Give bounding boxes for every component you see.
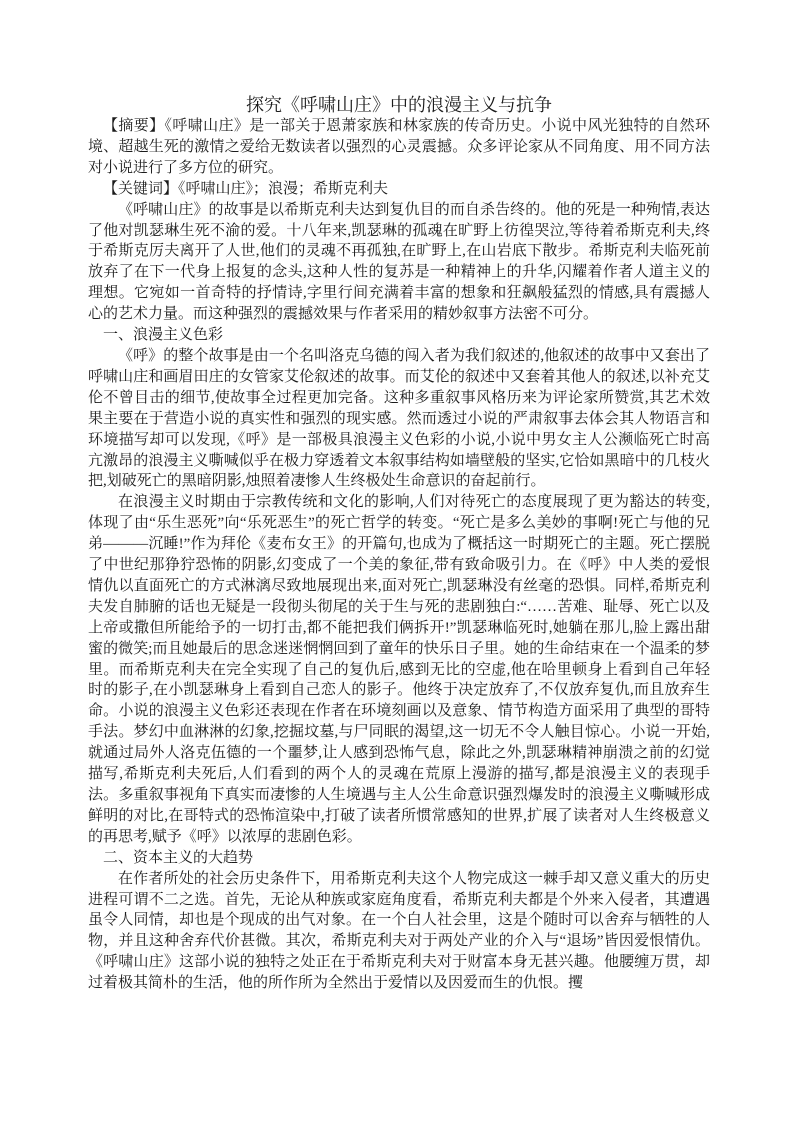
section-1-paragraph-1: 《呼》的整个故事是由一个名叫洛克乌德的闯入者为我们叙述的,他叙述的故事中又套出了…: [88, 346, 710, 492]
section-2-heading: 二、资本主义的大趋势: [88, 848, 710, 869]
section-1-paragraph-2: 在浪漫主义时期由于宗教传统和文化的影响,人们对待死亡的态度展现了更为豁达的转变,…: [88, 492, 710, 847]
abstract-paragraph: 【摘要】《呼啸山庄》是一部关于恩萧家族和林家族的传奇历史。小说中风光独特的自然环…: [88, 116, 710, 179]
intro-paragraph: 《呼啸山庄》的故事是以希斯克利夫达到复仇目的而自杀告终的。他的死是一种殉情,表达…: [88, 200, 710, 325]
section-1-heading: 一、浪漫主义色彩: [88, 325, 710, 346]
document-page: 探究《呼啸山庄》中的浪漫主义与抗争 【摘要】《呼啸山庄》是一部关于恩萧家族和林家…: [0, 0, 793, 1122]
section-2-paragraph-1: 在作者所处的社会历史条件下，用希斯克利夫这个人物完成这一棘手却又意义重大的历史进…: [88, 869, 710, 994]
keywords-line: 【关键词】《呼啸山庄》；浪漫；希斯克利夫: [88, 179, 710, 200]
paper-title: 探究《呼啸山庄》中的浪漫主义与抗争: [88, 95, 710, 116]
